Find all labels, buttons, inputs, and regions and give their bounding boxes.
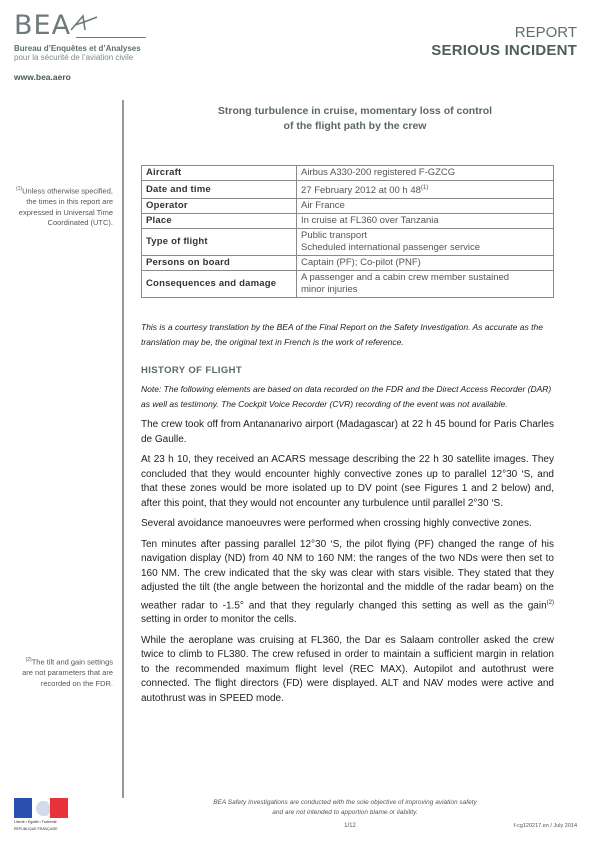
- table-row: Operator Air France: [142, 199, 554, 214]
- sidenote-1-text: Unless otherwise specified, the times in…: [19, 187, 113, 228]
- table-row: Consequences and damage A passenger and …: [142, 271, 554, 298]
- table-row: Place In cruise at FL360 over Tanzania: [142, 214, 554, 229]
- bea-logo-mark: BEA: [14, 12, 139, 40]
- report-body: This is a courtesy translation by the BE…: [141, 320, 554, 712]
- row-key: Operator: [142, 199, 297, 214]
- row-key: Aircraft: [142, 166, 297, 181]
- row-value-line-2: minor injuries: [301, 284, 549, 296]
- report-kind: SERIOUS INCIDENT: [431, 42, 577, 60]
- table-row: Date and time 27 February 2012 at 00 h 4…: [142, 181, 554, 199]
- page-number: 1/12: [330, 823, 370, 829]
- logo-name-line1: Bureau d’Enquêtes et d’Analyses: [14, 44, 139, 53]
- document-reference: f-cg120217.en / July 2014: [514, 823, 577, 829]
- footer-disclaimer: BEA Safety Investigations are conducted …: [180, 798, 510, 817]
- table-row: Persons on board Captain (PF); Co-pilot …: [142, 256, 554, 271]
- row-value-line-2: Scheduled international passenger servic…: [301, 242, 549, 254]
- website-link[interactable]: www.bea.aero: [14, 72, 71, 82]
- paragraph: Several avoidance manoeuvres were perfor…: [141, 517, 554, 532]
- row-value: 27 February 2012 at 00 h 48(1): [297, 181, 554, 199]
- row-value: Air France: [297, 199, 554, 214]
- footnote-ref-2: (2): [547, 600, 554, 606]
- incident-summary-table: Aircraft Airbus A330-200 registered F-GZ…: [141, 165, 554, 298]
- report-type: REPORT SERIOUS INCIDENT: [431, 24, 577, 60]
- table-row: Aircraft Airbus A330-200 registered F-GZ…: [142, 166, 554, 181]
- paragraph-text: Ten minutes after passing parallel 12°30…: [141, 539, 554, 611]
- marianne-icon: [36, 801, 50, 816]
- disclaimer-line-2: and are not intended to apportion blame …: [180, 808, 510, 818]
- bea-logo-letters: BEA: [14, 10, 71, 41]
- title-line-2: of the flight path by the crew: [130, 119, 580, 134]
- row-key: Consequences and damage: [142, 271, 297, 298]
- bea-logo: BEA Bureau d’Enquêtes et d’Analyses pour…: [14, 12, 139, 62]
- french-flag-icon: [14, 798, 69, 818]
- title-line-1: Strong turbulence in cruise, momentary l…: [130, 104, 580, 119]
- row-value: Captain (PF); Co-pilot (PNF): [297, 256, 554, 271]
- courtesy-translation-note: This is a courtesy translation by the BE…: [141, 320, 554, 350]
- sidenote-1: (1)Unless otherwise specified, the times…: [13, 184, 113, 229]
- sidenote-2: (2)The tilt and gain settings are not pa…: [13, 655, 113, 689]
- gov-name: RÉPUBLIQUE FRANÇAISE: [14, 827, 69, 832]
- logo-name-line2: pour la sécurité de l’aviation civile: [14, 53, 139, 62]
- paragraph: While the aeroplane was cruising at FL36…: [141, 634, 554, 707]
- margin-rule: [122, 100, 124, 798]
- page-title: Strong turbulence in cruise, momentary l…: [130, 104, 580, 134]
- date-time-value: 27 February 2012 at 00 h 48: [301, 185, 421, 196]
- row-key: Persons on board: [142, 256, 297, 271]
- table-row: Type of flight Public transportScheduled…: [142, 229, 554, 256]
- row-value: Public transportScheduled international …: [297, 229, 554, 256]
- row-key: Type of flight: [142, 229, 297, 256]
- row-key: Place: [142, 214, 297, 229]
- paragraph: The crew took off from Antananarivo airp…: [141, 418, 554, 447]
- paragraph: At 23 h 10, they received an ACARS messa…: [141, 453, 554, 511]
- footnote-ref-1: (1): [421, 185, 428, 191]
- row-key: Date and time: [142, 181, 297, 199]
- row-value: A passenger and a cabin crew member sust…: [297, 271, 554, 298]
- gov-motto: Liberté • Égalité • Fraternité: [14, 820, 69, 825]
- republique-francaise-logo: Liberté • Égalité • Fraternité RÉPUBLIQU…: [14, 798, 69, 832]
- row-value: In cruise at FL360 over Tanzania: [297, 214, 554, 229]
- paragraph: Ten minutes after passing parallel 12°30…: [141, 538, 554, 628]
- section-note: Note: The following elements are based o…: [141, 382, 554, 411]
- paragraph-text: setting in order to monitor the cells.: [141, 614, 297, 625]
- row-value-line-1: Public transport: [301, 230, 549, 242]
- section-heading: HISTORY OF FLIGHT: [141, 365, 554, 376]
- logo-underline: [76, 37, 146, 38]
- row-value: Airbus A330-200 registered F-GZCG: [297, 166, 554, 181]
- report-label: REPORT: [431, 24, 577, 42]
- swoosh-icon: [69, 14, 99, 32]
- row-value-line-1: A passenger and a cabin crew member sust…: [301, 272, 549, 284]
- sidenote-2-text: The tilt and gain settings are not param…: [22, 658, 113, 688]
- disclaimer-line-1: BEA Safety Investigations are conducted …: [180, 798, 510, 808]
